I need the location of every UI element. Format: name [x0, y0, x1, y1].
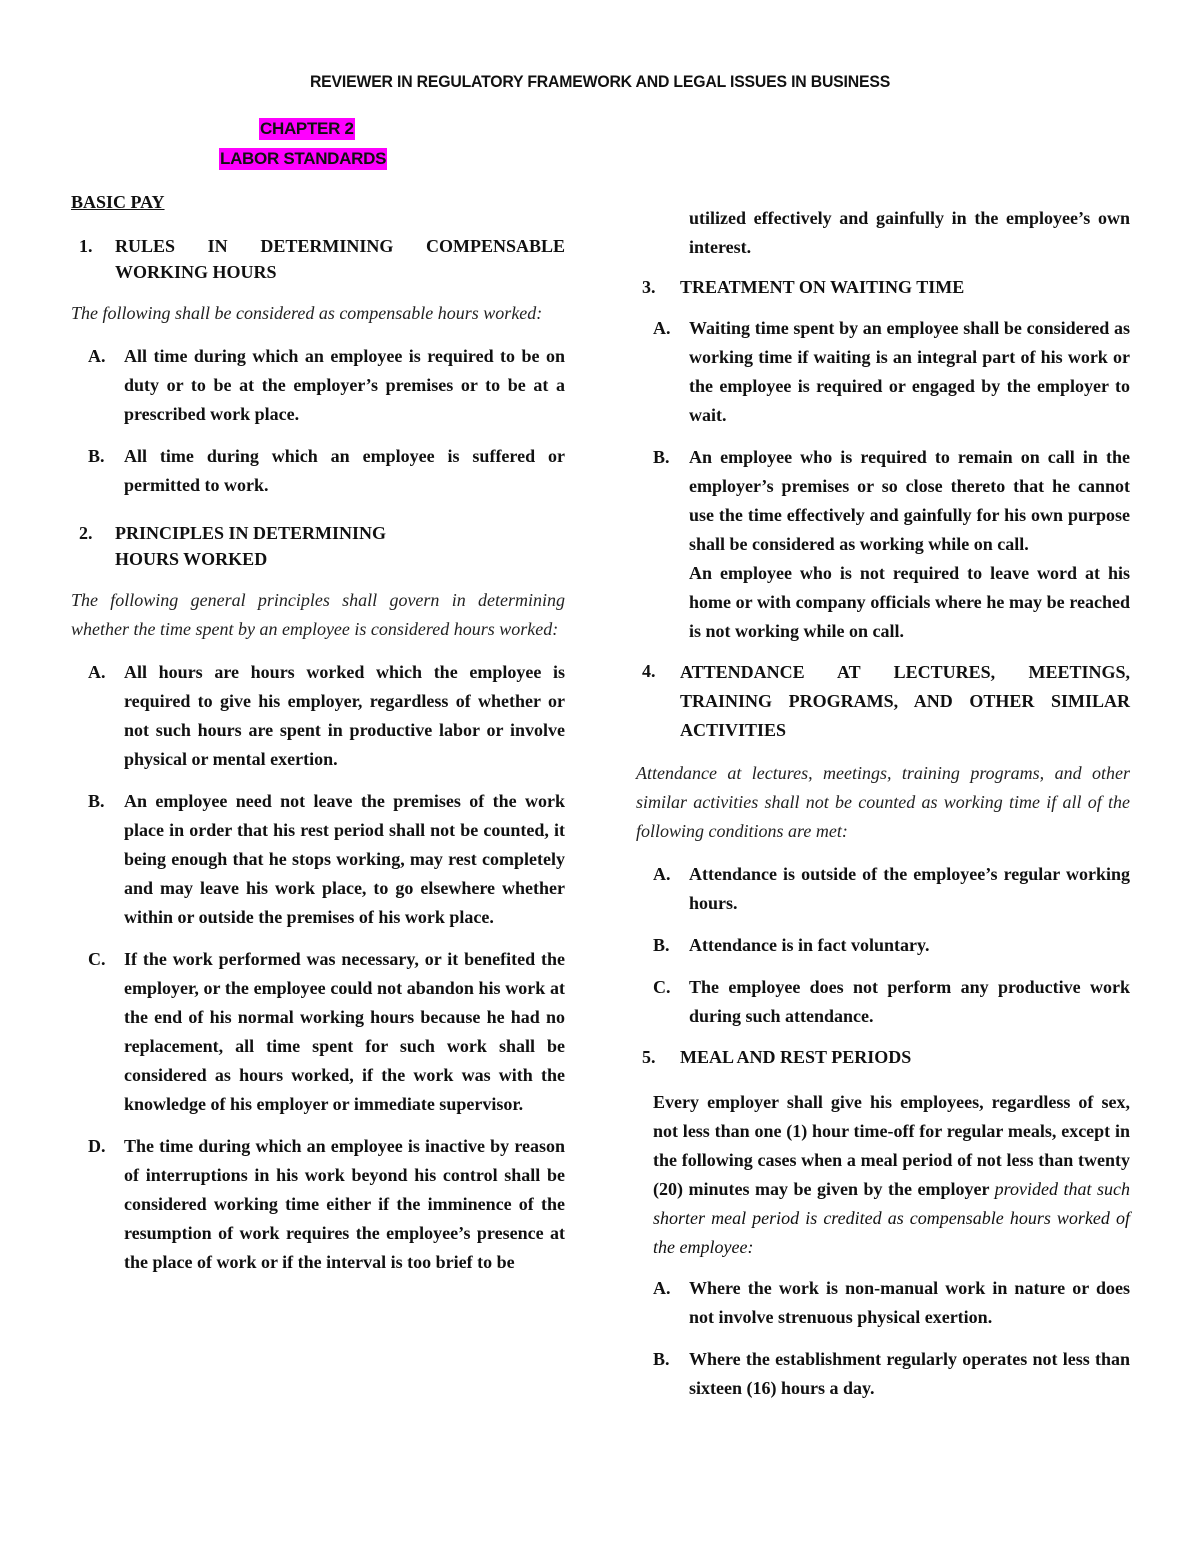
- list-item: A. All hours are hours worked which the …: [71, 658, 565, 774]
- left-column: BASIC PAY 1. RULES IN DETERMINING COMPEN…: [71, 192, 565, 1290]
- heading-text: TREATMENT ON WAITING TIME: [680, 274, 1130, 300]
- list-item: A. All time during which an employee is …: [71, 342, 565, 429]
- item-letter: C.: [636, 973, 689, 1031]
- intro-text: Attendance at lectures, meetings, traini…: [636, 759, 1130, 846]
- item-text: Attendance is outside of the employee’s …: [689, 860, 1130, 918]
- list-item: C. The employee does not perform any pro…: [636, 973, 1130, 1031]
- item-text: The employee does not perform any produc…: [689, 973, 1130, 1031]
- chapter-label: CHAPTER 2: [259, 118, 355, 140]
- continued-text: utilized effectively and gainfully in th…: [636, 204, 1130, 262]
- heading-text: MEAL AND REST PERIODS: [680, 1044, 1130, 1070]
- item-text: Waiting time spent by an employee shall …: [689, 314, 1130, 430]
- item-text: All hours are hours worked which the emp…: [124, 658, 565, 774]
- heading-principles: 2. PRINCIPLES IN DETERMINING HOURS WORKE…: [71, 520, 565, 572]
- item-text: All time during which an employee is suf…: [124, 442, 565, 500]
- list-item: B. An employee who is required to remain…: [636, 443, 1130, 559]
- intro-text: The following general principles shall g…: [71, 586, 565, 644]
- list-item: B. Where the establishment regularly ope…: [636, 1345, 1130, 1403]
- right-column: utilized effectively and gainfully in th…: [636, 204, 1130, 1416]
- heading-text: ATTENDANCE AT LECTURES, MEETINGS, TRAINI…: [680, 658, 1130, 745]
- heading-waiting-time: 3. TREATMENT ON WAITING TIME: [636, 274, 1130, 300]
- item-text: The time during which an employee is ina…: [124, 1132, 565, 1277]
- heading-attendance: 4. ATTENDANCE AT LECTURES, MEETINGS, TRA…: [636, 658, 1130, 745]
- heading-rules: 1. RULES IN DETERMINING COMPENSABLE WORK…: [71, 233, 565, 285]
- item-text: If the work performed was necessary, or …: [124, 945, 565, 1119]
- list-item: A. Waiting time spent by an employee sha…: [636, 314, 1130, 430]
- heading-meal-rest: 5. MEAL AND REST PERIODS: [636, 1044, 1130, 1070]
- heading-line: HOURS WORKED: [115, 549, 267, 569]
- item-letter: B.: [71, 442, 124, 500]
- extra-paragraph: An employee who is not required to leave…: [636, 559, 1130, 646]
- heading-number: 1.: [71, 233, 115, 285]
- item-text: Where the work is non-manual work in nat…: [689, 1274, 1130, 1332]
- item-letter: B.: [636, 1345, 689, 1403]
- list-item: A. Where the work is non-manual work in …: [636, 1274, 1130, 1332]
- item-text: Where the establishment regularly operat…: [689, 1345, 1130, 1403]
- item-letter: D.: [71, 1132, 124, 1277]
- meal-paragraph: Every employer shall give his employees,…: [636, 1088, 1130, 1262]
- intro-text: The following shall be considered as com…: [71, 299, 565, 328]
- item-letter: B.: [636, 931, 689, 960]
- heading-text: RULES IN DETERMINING COMPENSABLE WORKING…: [115, 233, 565, 285]
- section-heading-basic-pay: BASIC PAY: [71, 192, 565, 213]
- list-item: A. Attendance is outside of the employee…: [636, 860, 1130, 918]
- item-letter: C.: [71, 945, 124, 1119]
- item-letter: A.: [71, 342, 124, 429]
- heading-line: PRINCIPLES IN DETERMINING: [115, 523, 386, 543]
- heading-number: 4.: [636, 658, 680, 745]
- chapter-title: LABOR STANDARDS: [219, 148, 387, 170]
- item-text: An employee need not leave the premises …: [124, 787, 565, 932]
- heading-number: 2.: [71, 520, 115, 572]
- heading-number: 5.: [636, 1044, 680, 1070]
- heading-text: PRINCIPLES IN DETERMINING HOURS WORKED: [115, 520, 565, 572]
- item-letter: A.: [636, 860, 689, 918]
- list-item: C. If the work performed was necessary, …: [71, 945, 565, 1119]
- document-title: REVIEWER IN REGULATORY FRAMEWORK AND LEG…: [42, 72, 1158, 92]
- item-text: All time during which an employee is req…: [124, 342, 565, 429]
- heading-number: 3.: [636, 274, 680, 300]
- list-item: D. The time during which an employee is …: [71, 1132, 565, 1277]
- list-item: B. Attendance is in fact voluntary.: [636, 931, 1130, 960]
- item-text: Attendance is in fact voluntary.: [689, 931, 1130, 960]
- item-text: An employee who is required to remain on…: [689, 443, 1130, 559]
- item-letter: A.: [636, 1274, 689, 1332]
- list-item: B. An employee need not leave the premis…: [71, 787, 565, 932]
- list-item: B. All time during which an employee is …: [71, 442, 565, 500]
- item-letter: A.: [636, 314, 689, 430]
- item-letter: B.: [636, 443, 689, 559]
- item-letter: A.: [71, 658, 124, 774]
- item-letter: B.: [71, 787, 124, 932]
